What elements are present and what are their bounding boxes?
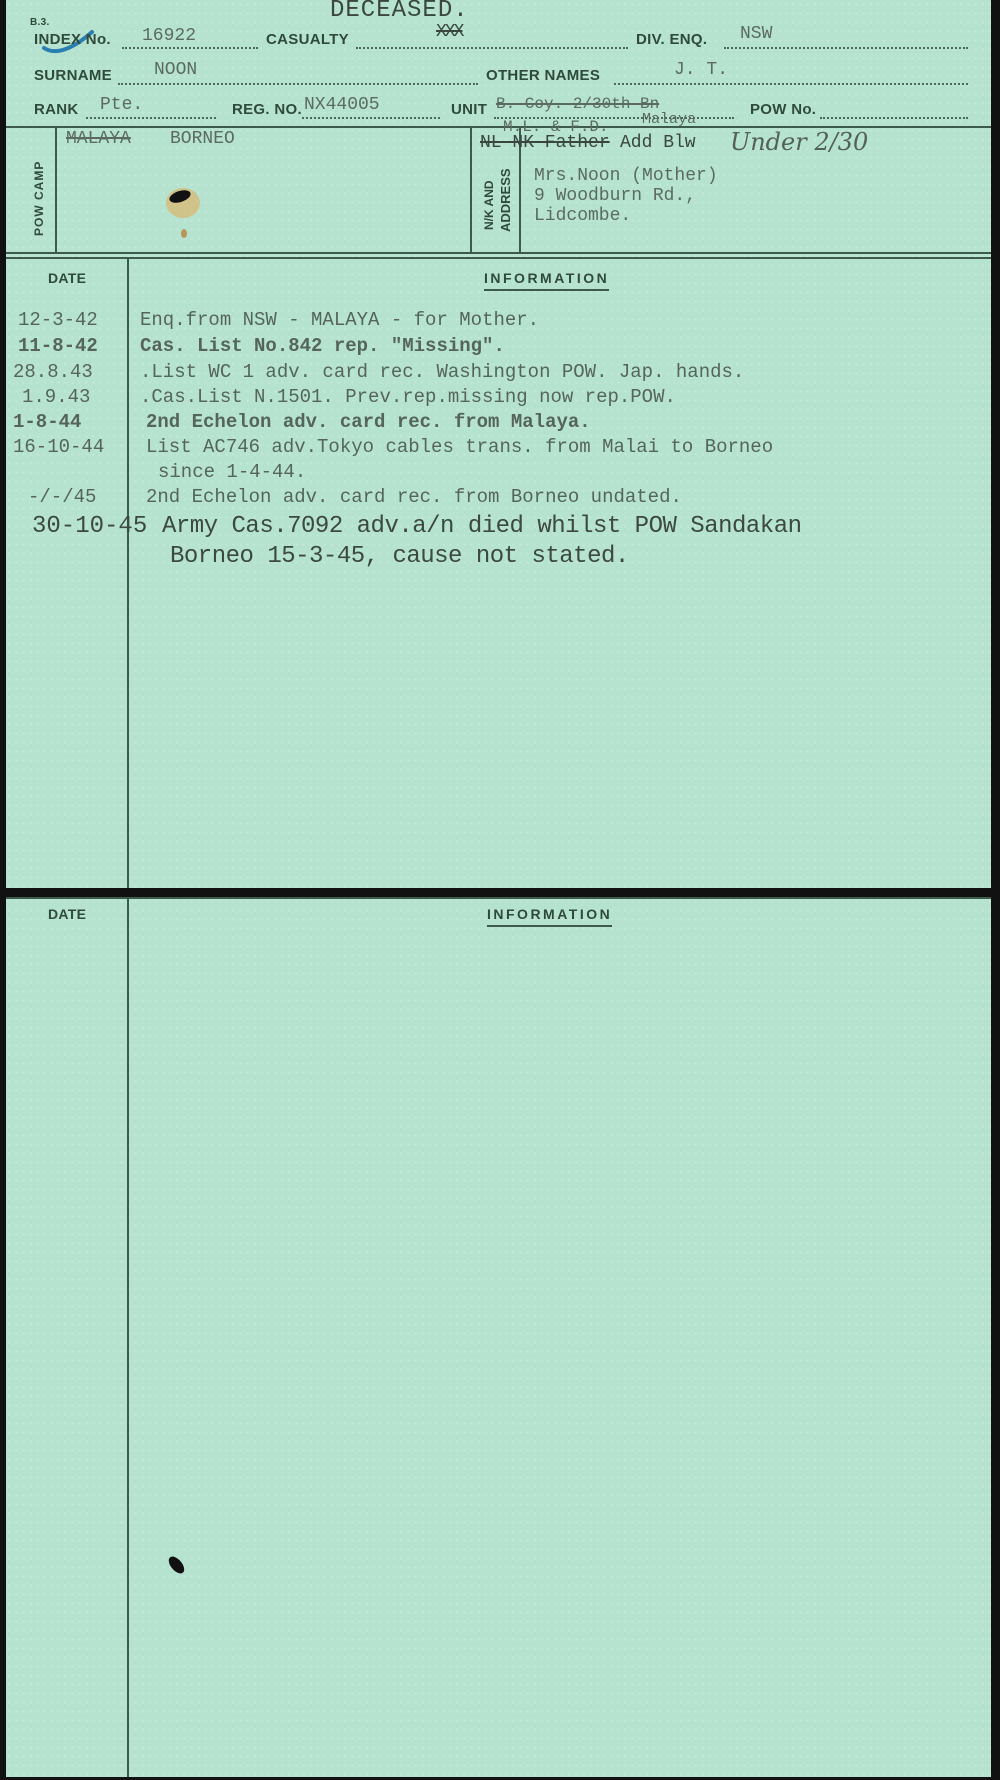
pow-camp-label: POW CAMP	[32, 161, 46, 236]
pow-camp-value: BORNEO	[170, 129, 235, 149]
handwritten-note: Under 2/30	[730, 128, 868, 156]
entry-date: 1-8-44	[13, 411, 81, 433]
surname-value: NOON	[154, 60, 197, 80]
pow-camp-struck: MALAYA	[66, 129, 131, 149]
rank-value: Pte.	[100, 95, 143, 115]
entry-text: Enq.from NSW - MALAYA - for Mother.	[140, 309, 539, 331]
entry-text: Cas. List No.842 rep. "Missing".	[140, 335, 505, 357]
record-card-back: DATE INFORMATION	[6, 897, 991, 1777]
information-header-back: INFORMATION	[487, 906, 612, 927]
reg-no-label: REG. NO.	[232, 101, 302, 118]
rank-label: RANK	[34, 101, 79, 118]
nk-father-struck: NL NK-Father	[480, 133, 610, 153]
nk-note: Add Blw	[620, 133, 696, 153]
entry-text-continuation: Borneo 15-3-45, cause not stated.	[170, 543, 629, 570]
entry-text: 2nd Echelon adv. card rec. from Borneo u…	[146, 486, 682, 508]
entry-text: 2nd Echelon adv. card rec. from Malaya.	[146, 411, 591, 433]
information-header: INFORMATION	[484, 270, 609, 291]
entry-text: .Cas.List N.1501. Prev.rep.missing now r…	[140, 386, 676, 408]
unit-label: UNIT	[451, 101, 487, 118]
entry-date: 11-8-42	[18, 335, 98, 357]
entry-text: .List WC 1 adv. card rec. Washington POW…	[140, 361, 744, 383]
entry-text-continuation: since 1-4-44.	[158, 461, 306, 483]
entry-date: -/-/45	[28, 486, 96, 508]
nk-annotation-top: Malaya	[642, 111, 696, 128]
entry-date: 12-3-42	[18, 309, 98, 331]
address-label: ADDRESS	[498, 168, 513, 232]
entry-date: 1.9.43	[22, 386, 90, 408]
entry-text: Army Cas.7092 adv.a/n died whilst POW Sa…	[162, 513, 802, 540]
nk-address-line: Mrs.Noon (Mother)	[534, 166, 718, 186]
casualty-value: XXX	[436, 22, 462, 42]
reg-no-value: NX44005	[304, 95, 380, 115]
index-no-label: INDEX No.	[34, 31, 111, 48]
unit-value-struck: B. Coy. 2/30th Bn	[496, 95, 659, 113]
entry-date: 16-10-44	[13, 436, 104, 458]
entry-date: 30-10-45	[32, 513, 147, 540]
nk-address-line: 9 Woodburn Rd.,	[534, 186, 718, 206]
surname-label: SURNAME	[34, 67, 112, 84]
date-header: DATE	[48, 270, 86, 286]
nk-address-block: Mrs.Noon (Mother) 9 Woodburn Rd., Lidcom…	[534, 166, 718, 226]
div-enq-value: NSW	[740, 24, 772, 44]
index-no-value: 16922	[142, 26, 196, 46]
other-names-value: J. T.	[674, 60, 728, 80]
nk-address-line: Lidcombe.	[534, 206, 718, 226]
status-stamp: DECEASED.	[330, 0, 469, 24]
casualty-label: CASUALTY	[266, 31, 349, 48]
other-names-label: OTHER NAMES	[486, 67, 600, 84]
div-enq-label: DIV. ENQ.	[636, 31, 707, 48]
nk-label: N/K AND	[482, 180, 496, 230]
pow-no-label: POW No.	[750, 101, 816, 118]
record-card-front: B.3. DECEASED. INDEX No. 16922 CASUALTY …	[6, 0, 991, 888]
date-header-back: DATE	[48, 906, 86, 922]
ink-blot	[166, 1554, 187, 1576]
entry-text: List AC746 adv.Tokyo cables trans. from …	[146, 436, 773, 458]
entry-date: 28.8.43	[13, 361, 93, 383]
